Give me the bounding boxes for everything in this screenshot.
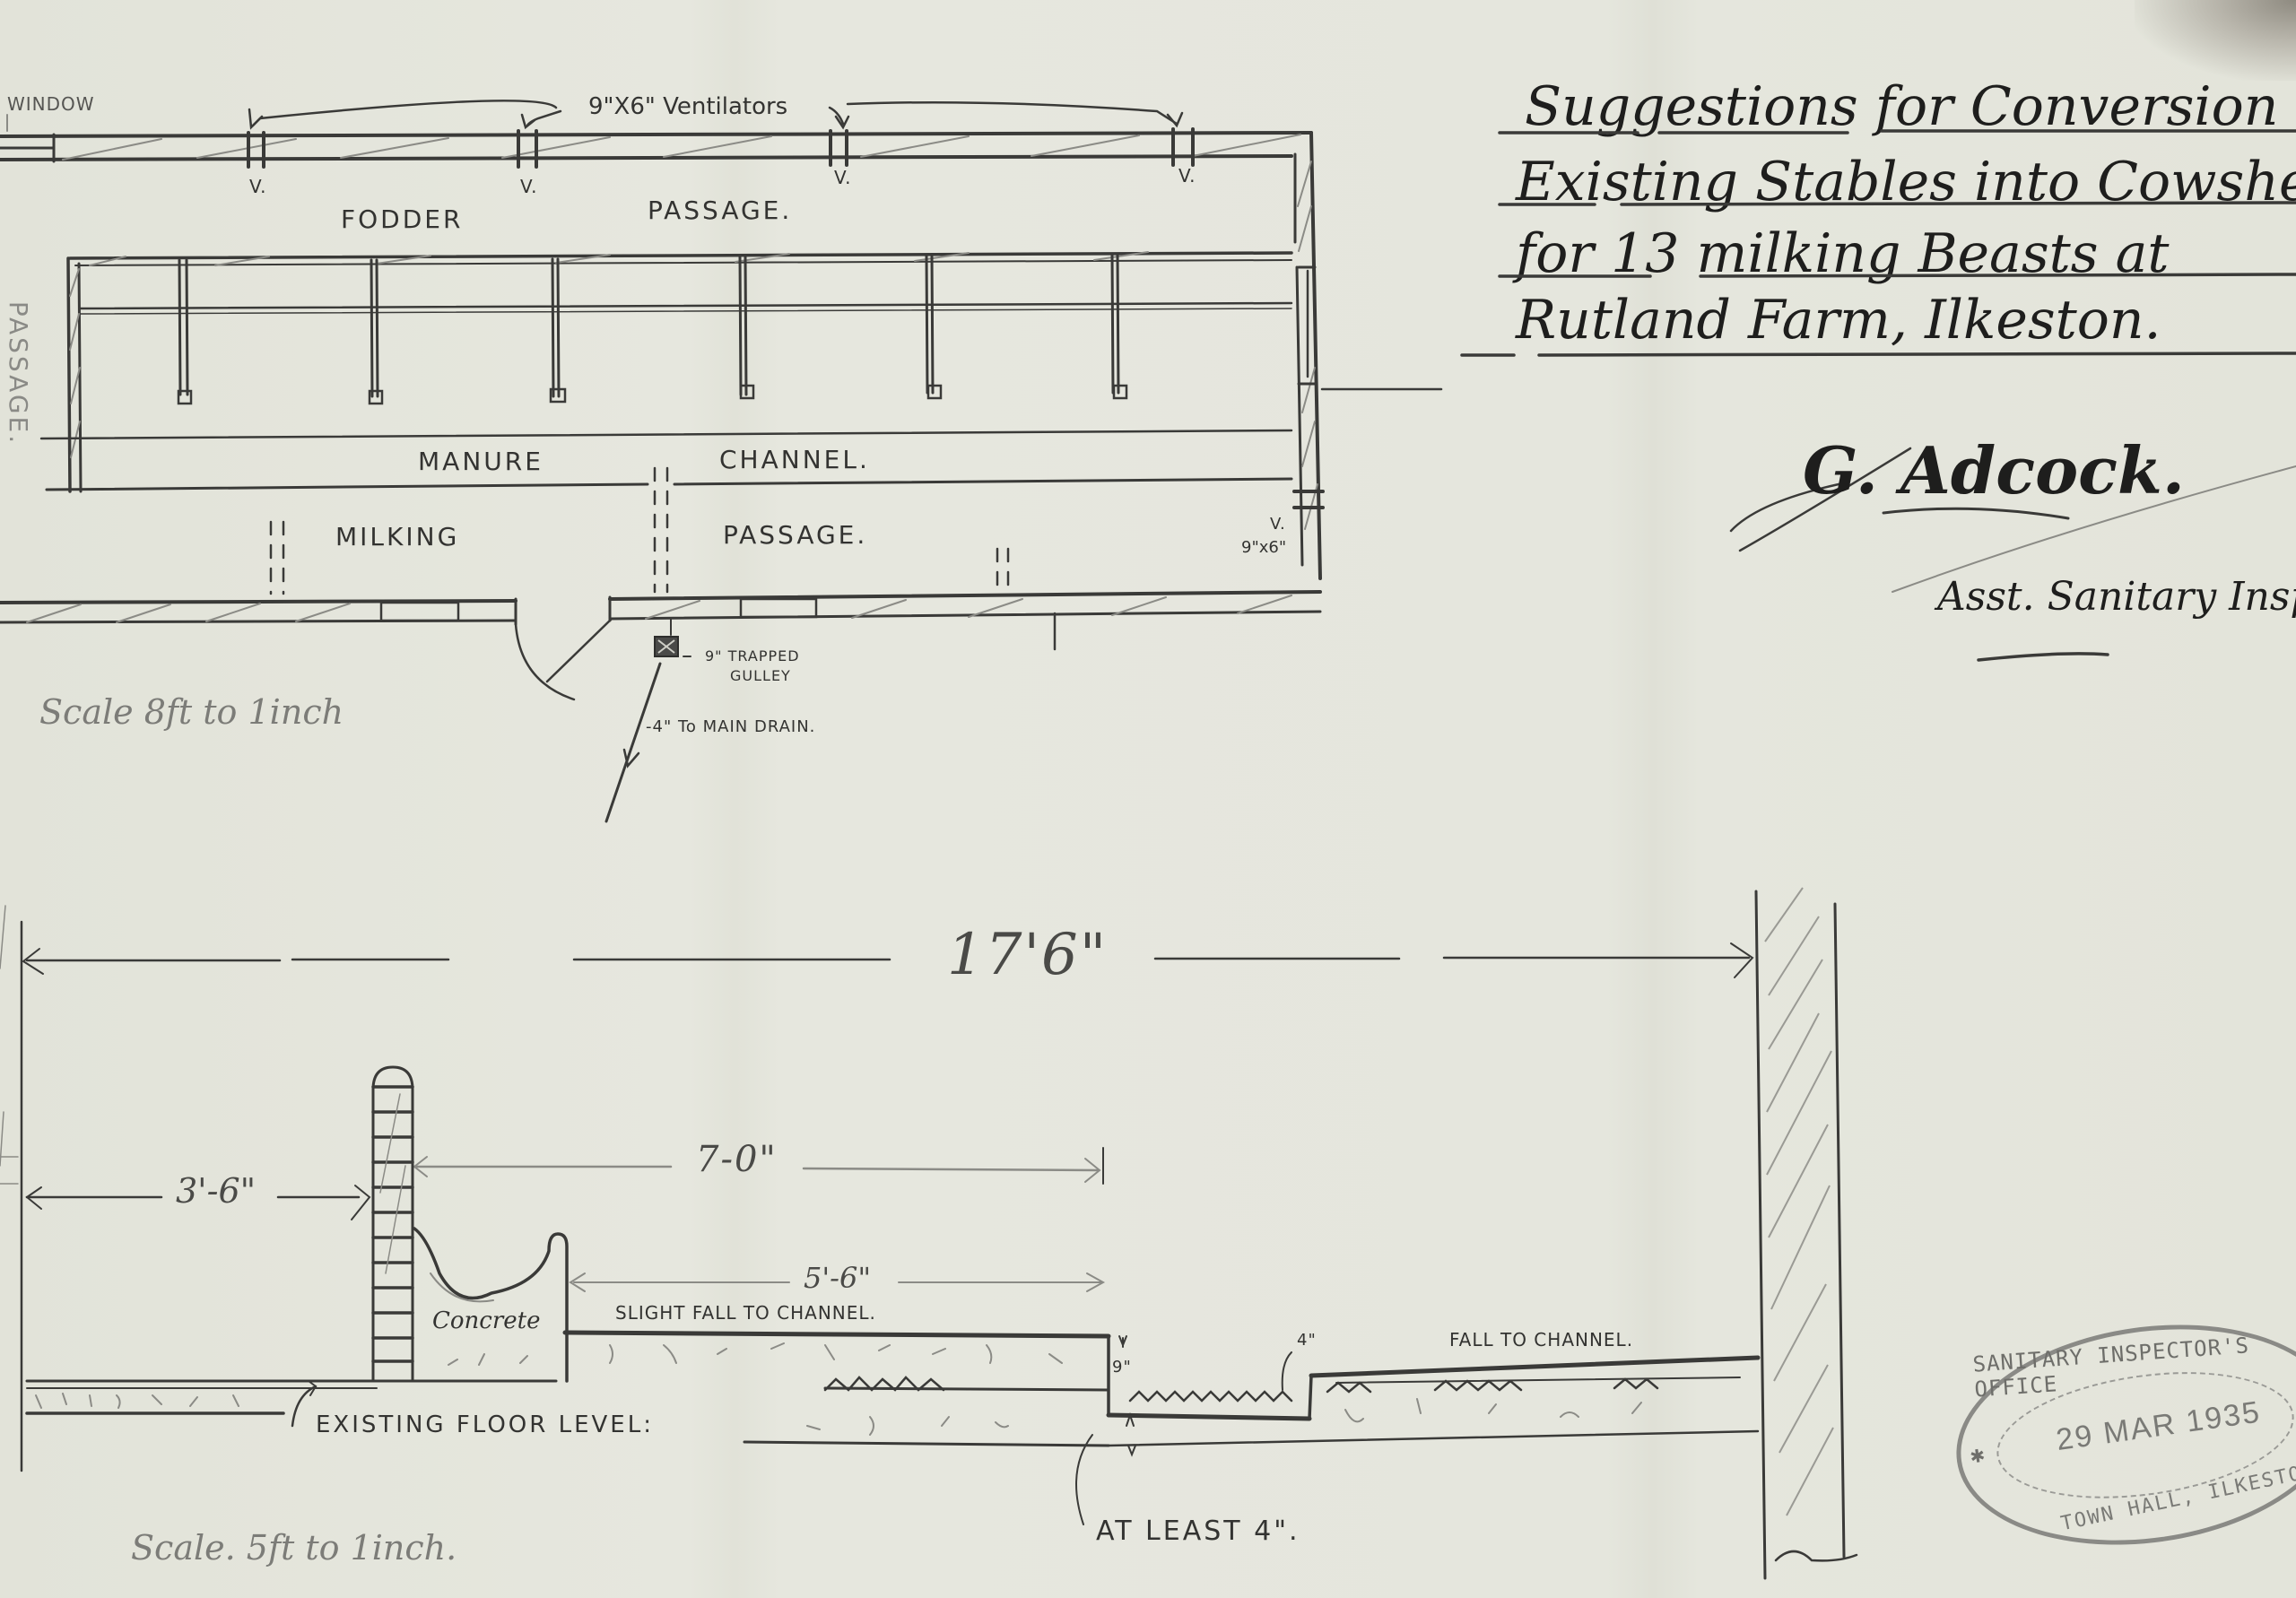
manger-material: Concrete — [432, 1307, 541, 1334]
standing-note: SLIGHT FALL TO CHANNEL. — [615, 1302, 876, 1324]
step-height: 4" — [1297, 1331, 1317, 1350]
ventilators-callout: 9"X6" Ventilators — [588, 93, 787, 120]
side-ventilator-mark: V. — [1270, 515, 1286, 534]
signature-name: G. Adcock. — [1803, 432, 2185, 508]
drain-label: -4" To MAIN DRAIN. — [646, 717, 815, 736]
section-view-lines — [0, 888, 1857, 1578]
signature-role: Asst. Sanitary Insp. — [1937, 574, 2296, 620]
title-line-4: Rutland Farm, Ilkeston. — [1516, 289, 2161, 352]
label-passage-top: PASSAGE. — [648, 195, 792, 225]
ventilator-mark-3: V. — [834, 167, 851, 188]
label-milking: MILKING — [335, 522, 459, 551]
dim-standing-total: 7-0" — [696, 1139, 778, 1180]
label-side-passage: PASSAGE. — [4, 301, 33, 446]
gulley-label-1: 9" TRAPPED — [705, 647, 800, 664]
ventilator-mark-4: V. — [1178, 165, 1196, 187]
plan-scale-note: Scale 8ft to 1inch — [39, 692, 344, 732]
label-manure: MANURE — [418, 447, 544, 476]
dim-overall-width: 17'6" — [947, 922, 1108, 988]
title-line-3: for 13 milking Beasts at — [1516, 222, 2169, 285]
stall-divisions — [178, 255, 1126, 404]
side-ventilator-size: 9"x6" — [1241, 538, 1286, 557]
ventilator-mark-2: V. — [520, 176, 537, 197]
label-fodder: FODDER — [341, 204, 463, 234]
label-channel: CHANNEL. — [719, 445, 870, 474]
floor-level-note: EXISTING FLOOR LEVEL: — [316, 1411, 654, 1438]
dim-standing: 5'-6" — [804, 1261, 871, 1295]
ventilator-mark-1: V. — [249, 176, 266, 197]
gulley-label-2: GULLEY — [730, 667, 791, 684]
stamp-star-icon: ✱ — [1969, 1445, 1987, 1468]
title-line-1: Suggestions for Conversion of — [1525, 75, 2296, 138]
channel-depth: 9" — [1112, 1358, 1132, 1377]
title-line-2: Existing Stables into Cowshed — [1516, 151, 2296, 213]
dim-feeding-passage: 3'-6" — [176, 1171, 256, 1211]
min-depth-note: AT LEAST 4". — [1096, 1515, 1300, 1547]
section-scale-note: Scale. 5ft to 1inch. — [131, 1528, 457, 1568]
rear-note: FALL TO CHANNEL. — [1449, 1329, 1633, 1350]
window-label: WINDOW — [7, 93, 95, 115]
label-passage-bottom: PASSAGE. — [723, 520, 867, 550]
drawing-sheet: Suggestions for Conversion of Existing S… — [0, 0, 2296, 1598]
